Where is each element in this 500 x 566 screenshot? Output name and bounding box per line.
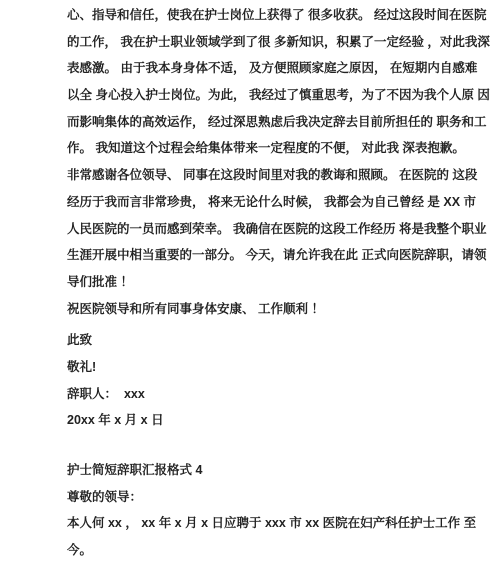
closing-salute-line: 此致 xyxy=(67,327,482,354)
paragraph-line: 今。 xyxy=(67,537,482,564)
resignation-letter-page: 心、指导和信任，使我在护士岗位上获得了 很多收获。 经过这段时间在医院 的工作，… xyxy=(0,0,500,566)
paragraph-line: 非常感谢各位领导、 同事在这段时间里对我的教诲和照顾。 在医院的 这段 xyxy=(67,162,482,189)
paragraph-line: 经历于我而言非常珍贵， 将来无论什么时候， 我都会为自己曾经 是 XX 市 xyxy=(67,189,482,216)
paragraph-line: 的工作， 我在护士职业领域学到了很 多新知识，积累了一定经验 ，对此我深 xyxy=(67,29,482,56)
paragraph-line: 以全 身心投入护士岗位。为此， 我经过了慎重思考，为了不因为我个人原 因 xyxy=(67,82,482,109)
paragraph-line: 作。 我知道这个过程会给集体带来一定程度的不便， 对此我 深表抱歉。 xyxy=(67,135,482,162)
closing-respect-line: 敬礼! xyxy=(67,354,482,381)
paragraph-line: 生涯开展中相当重要的一部分。 今天，请允许我在此 正式向医院辞职，请领 xyxy=(67,242,482,269)
paragraph-line: 而影响集体的高效运作， 经过深思熟虑后我决定辞去目前所担任的 职务和工 xyxy=(67,109,482,136)
section-gap xyxy=(67,434,482,457)
paragraph-line: 人民医院的一员而感到荣幸。 我确信在医院的这段工作经历 将是我整个职业 xyxy=(67,216,482,243)
date-line: 20xx 年 x 月 x 日 xyxy=(67,407,482,434)
salutation-line: 尊敬的领导： xyxy=(67,484,482,511)
paragraph-line: 本人何 xx ， xx 年 x 月 x 日应聘于 xxx 市 xx 医院在妇产科… xyxy=(67,510,482,537)
paragraph-line: 表感激。 由于我本身身体不适， 及方便照顾家庭之原因， 在短期内自感难 xyxy=(67,55,482,82)
well-wishes-line: 祝医院领导和所有同事身体安康、 工作顺利 ！ xyxy=(67,296,482,323)
section-title-line: 护士简短辞职汇报格式 4 xyxy=(67,457,482,484)
document-text-block: 心、指导和信任，使我在护士岗位上获得了 很多收获。 经过这段时间在医院 的工作，… xyxy=(67,2,482,564)
signature-line: 辞职人： xxx xyxy=(67,381,482,408)
paragraph-line: 导们批准 ！ xyxy=(67,269,482,296)
paragraph-line: 心、指导和信任，使我在护士岗位上获得了 很多收获。 经过这段时间在医院 xyxy=(67,2,482,29)
